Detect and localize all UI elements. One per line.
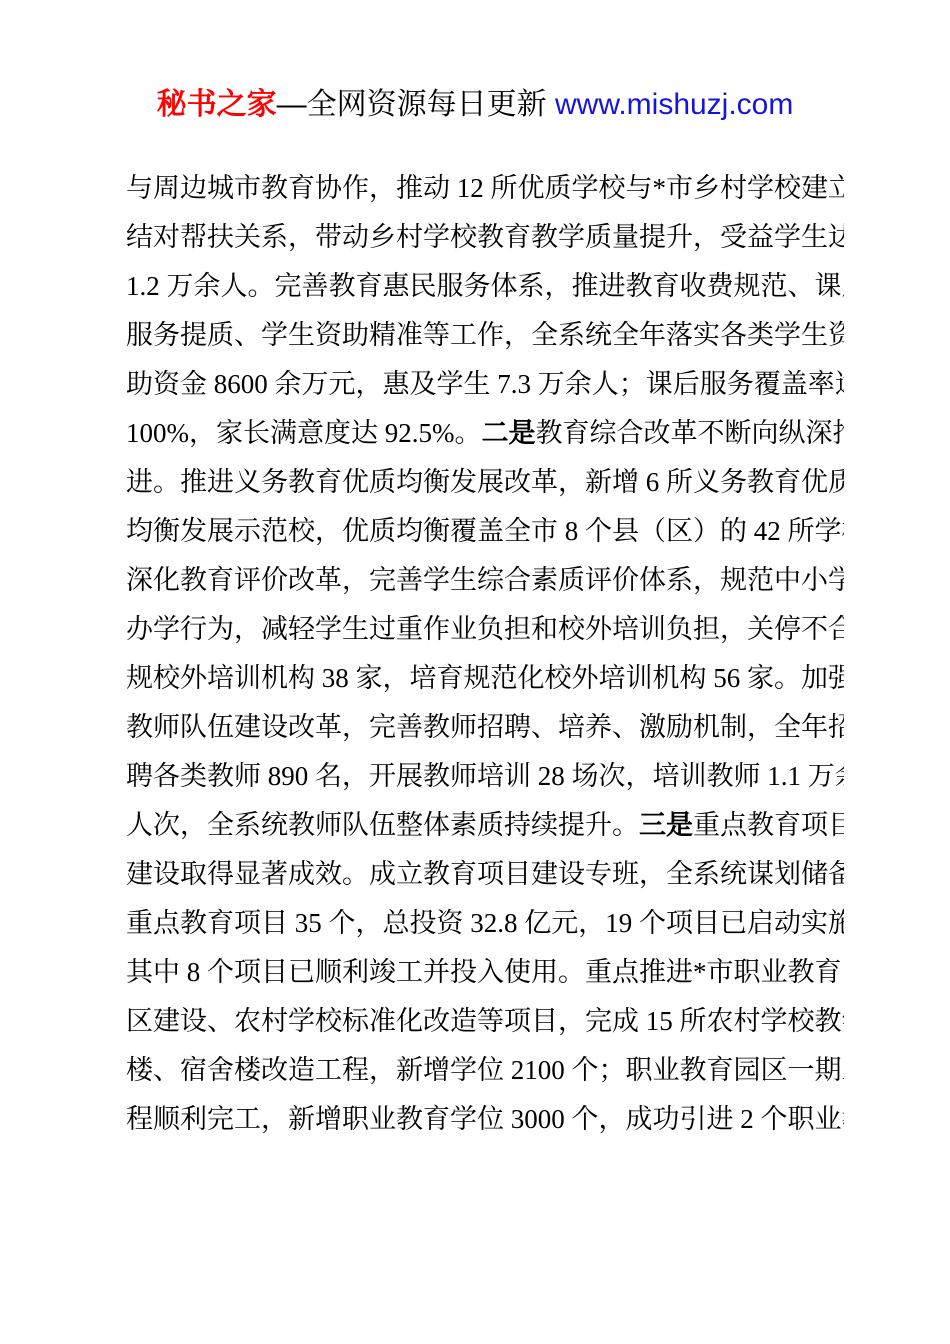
text-line: 服务提质、学生资助精准等工作，全系统全年落实各类学生资 [126, 311, 844, 360]
text-run: 聘各类教师 890 名，开展教师培训 28 场次，培训教师 1.1 万余 [126, 761, 844, 791]
text-line: 结对帮扶关系，带动乡村学校教育教学质量提升，受益学生达 [126, 213, 844, 262]
site-header: 秘书之家—全网资源每日更新 www.mishuzj.com [0, 86, 950, 124]
text-run: 办学行为，减轻学生过重作业负担和校外培训负担，关停不合 [126, 614, 844, 644]
text-run: 均衡发展示范校，优质均衡覆盖全市 8 个县（区）的 42 所学校。 [126, 516, 844, 546]
text-line: 聘各类教师 890 名，开展教师培训 28 场次，培训教师 1.1 万余 [126, 752, 844, 801]
text-run: 人次，全系统教师队伍整体素质持续提升。 [126, 810, 639, 840]
text-run: 其中 8 个项目已顺利竣工并投入使用。重点推进*市职业教育园 [126, 957, 844, 987]
text-run: 结对帮扶关系，带动乡村学校教育教学质量提升，受益学生达 [126, 222, 844, 252]
document-page: 秘书之家—全网资源每日更新 www.mishuzj.com 与周边城市教育协作，… [0, 0, 950, 1344]
text-line: 1.2 万余人。完善教育惠民服务体系，推进教育收费规范、课后 [126, 262, 844, 311]
text-run: 进。推进义务教育优质均衡发展改革，新增 6 所义务教育优质 [126, 467, 844, 497]
text-run: 1.2 万余人。完善教育惠民服务体系，推进教育收费规范、课后 [126, 271, 844, 301]
text-run: 教师队伍建设改革，完善教师招聘、培养、激励机制，全年招 [126, 712, 844, 742]
text-run: 深化教育评价改革，完善学生综合素质评价体系，规范中小学 [126, 565, 844, 595]
text-run: 楼、宿舍楼改造工程，新增学位 2100 个；职业教育园区一期工 [126, 1055, 844, 1085]
text-run: 助资金 8600 余万元，惠及学生 7.3 万余人；课后服务覆盖率达 [126, 369, 844, 399]
text-run: 100%，家长满意度达 92.5%。 [126, 418, 481, 448]
text-line: 区建设、农村学校标准化改造等项目，完成 15 所农村学校教学 [126, 997, 844, 1046]
text-line: 重点教育项目 35 个，总投资 32.8 亿元，19 个项目已启动实施， [126, 899, 844, 948]
text-line: 程顺利完工，新增职业教育学位 3000 个，成功引进 2 个职业教 [126, 1095, 844, 1144]
text-run: 服务提质、学生资助精准等工作，全系统全年落实各类学生资 [126, 320, 844, 350]
text-run: 重点教育项目 35 个，总投资 32.8 亿元，19 个项目已启动实施， [126, 908, 844, 938]
text-line: 深化教育评价改革，完善学生综合素质评价体系，规范中小学 [126, 556, 844, 605]
text-line: 规校外培训机构 38 家，培育规范化校外培训机构 56 家。加强 [126, 654, 844, 703]
text-run: 区建设、农村学校标准化改造等项目，完成 15 所农村学校教学 [126, 1006, 844, 1036]
text-line: 其中 8 个项目已顺利竣工并投入使用。重点推进*市职业教育园 [126, 948, 844, 997]
text-line: 办学行为，减轻学生过重作业负担和校外培训负担，关停不合 [126, 605, 844, 654]
site-tagline: —全网资源每日更新 [277, 88, 555, 121]
text-run: 与周边城市教育协作，推动 12 所优质学校与*市乡村学校建立 [126, 173, 844, 203]
text-run: 教育综合改革不断向纵深推 [535, 418, 844, 448]
text-run: 建设取得显著成效。成立教育项目建设专班，全系统谋划储备 [126, 859, 844, 889]
emphasis-run: 三是 [639, 810, 693, 840]
text-line: 助资金 8600 余万元，惠及学生 7.3 万余人；课后服务覆盖率达 [126, 360, 844, 409]
text-line: 建设取得显著成效。成立教育项目建设专班，全系统谋划储备 [126, 850, 844, 899]
text-run: 重点教育项目 [693, 810, 844, 840]
document-body: 与周边城市教育协作，推动 12 所优质学校与*市乡村学校建立结对帮扶关系，带动乡… [126, 164, 844, 1144]
text-line: 与周边城市教育协作，推动 12 所优质学校与*市乡村学校建立 [126, 164, 844, 213]
text-line: 100%，家长满意度达 92.5%。二是教育综合改革不断向纵深推 [126, 409, 844, 458]
text-line: 楼、宿舍楼改造工程，新增学位 2100 个；职业教育园区一期工 [126, 1046, 844, 1095]
text-run: 规校外培训机构 38 家，培育规范化校外培训机构 56 家。加强 [126, 663, 844, 693]
emphasis-run: 二是 [481, 418, 535, 448]
text-line: 人次，全系统教师队伍整体素质持续提升。三是重点教育项目 [126, 801, 844, 850]
text-line: 均衡发展示范校，优质均衡覆盖全市 8 个县（区）的 42 所学校。 [126, 507, 844, 556]
site-brand: 秘书之家 [157, 88, 277, 121]
text-line: 教师队伍建设改革，完善教师招聘、培养、激励机制，全年招 [126, 703, 844, 752]
site-url-link[interactable]: www.mishuzj.com [555, 88, 793, 121]
text-run: 程顺利完工，新增职业教育学位 3000 个，成功引进 2 个职业教 [126, 1104, 844, 1134]
text-line: 进。推进义务教育优质均衡发展改革，新增 6 所义务教育优质 [126, 458, 844, 507]
